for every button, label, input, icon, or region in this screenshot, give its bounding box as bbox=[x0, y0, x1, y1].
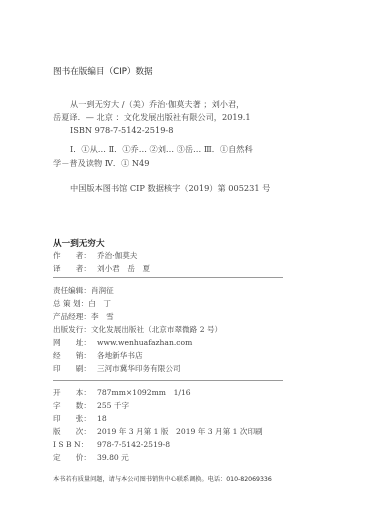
author-row: 作 者：乔治·伽莫夫 bbox=[53, 250, 137, 261]
credit-label: 总 策 划： bbox=[53, 299, 88, 308]
spec-label: 定 价： bbox=[53, 452, 97, 463]
credit-value: 白 丁 bbox=[88, 299, 111, 308]
credit-value: 肖润征 bbox=[91, 286, 114, 295]
credit-label: 网 址： bbox=[53, 337, 97, 348]
credit-label: 产品经理： bbox=[53, 312, 91, 321]
spec-value: 255 千字 bbox=[97, 401, 129, 410]
credit-label: 经 销： bbox=[53, 350, 97, 361]
spec-value: 787mm×1092mm 1/16 bbox=[97, 388, 191, 397]
credit-label: 责任编辑： bbox=[53, 286, 91, 295]
spec-row: 字 数：255 千字 bbox=[53, 400, 129, 411]
credit-row: 产品经理：李 雪 bbox=[53, 311, 114, 322]
credit-label: 印 刷： bbox=[53, 363, 97, 374]
spec-label: 版 次： bbox=[53, 426, 97, 437]
spec-value: 2019 年 3 月第 1 版 2019 年 3 月第 1 次印刷 bbox=[97, 427, 263, 436]
credit-row: 网 址：www.wenhuafazhan.com bbox=[53, 337, 192, 348]
divider-top bbox=[53, 277, 283, 278]
cip-isbn: ISBN 978-7-5142-2519-8 bbox=[70, 125, 173, 135]
spec-row: 定 价：39.80 元 bbox=[53, 452, 129, 463]
credit-value: 李 雪 bbox=[91, 312, 114, 321]
spec-label: 印 张： bbox=[53, 413, 97, 424]
credit-value: www.wenhuafazhan.com bbox=[97, 338, 192, 347]
credit-row: 责任编辑：肖润征 bbox=[53, 285, 114, 296]
spec-value: 978-7-5142-2519-8 bbox=[97, 440, 170, 449]
cip-line-2: 岳夏译．— 北京 ：文化发展出版社有限公司，2019.1 bbox=[53, 112, 251, 123]
quality-notice-footer: 本书若有质量问题，请与本公司图书销售中心联系调换。电话：010-82069336 bbox=[53, 474, 272, 483]
credit-value: 文化发展出版社（北京市翠微路 2 号） bbox=[91, 325, 222, 334]
book-title: 从一到无穷大 bbox=[53, 237, 105, 249]
credit-value: 三河市冀华印务有限公司 bbox=[97, 364, 181, 373]
translator-row: 译 者：刘小君 岳 夏 bbox=[53, 263, 150, 274]
credit-value: 各地新华书店 bbox=[97, 351, 143, 360]
translator-value: 刘小君 岳 夏 bbox=[97, 264, 150, 273]
spec-label: 字 数： bbox=[53, 400, 97, 411]
spec-row: 开 本：787mm×1092mm 1/16 bbox=[53, 387, 191, 398]
spec-row: I S B N：978-7-5142-2519-8 bbox=[53, 439, 170, 450]
spec-value: 39.80 元 bbox=[97, 453, 129, 462]
author-label: 作 者： bbox=[53, 250, 97, 261]
credit-row: 出版发行：文化发展出版社（北京市翠微路 2 号） bbox=[53, 324, 222, 335]
credit-row: 总 策 划：白 丁 bbox=[53, 298, 111, 309]
credit-label: 出版发行： bbox=[53, 325, 91, 334]
credit-row: 印 刷：三河市冀华印务有限公司 bbox=[53, 363, 181, 374]
author-value: 乔治·伽莫夫 bbox=[97, 251, 137, 260]
spec-label: I S B N： bbox=[53, 439, 97, 450]
translator-label: 译 者： bbox=[53, 263, 97, 274]
spec-value: 18 bbox=[97, 414, 107, 423]
credit-row: 经 销：各地新华书店 bbox=[53, 350, 143, 361]
spec-label: 开 本： bbox=[53, 387, 97, 398]
cip-line-1: 从一到无穷大 /（美）乔治·伽莫夫著 ；刘小君， bbox=[70, 99, 244, 110]
spec-row: 版 次：2019 年 3 月第 1 版 2019 年 3 月第 1 次印刷 bbox=[53, 426, 263, 437]
cip-classification-1: Ⅰ．①从… Ⅱ．①乔… ②刘… ③岳… Ⅲ．①自然科 bbox=[70, 144, 253, 155]
divider-bottom bbox=[53, 380, 283, 381]
cip-classification-2: 学－普及读物 Ⅳ．① N49 bbox=[53, 158, 149, 169]
cip-heading: 图书在版编目（CIP）数据 bbox=[53, 65, 153, 77]
spec-row: 印 张：18 bbox=[53, 413, 107, 424]
cip-record-number: 中国版本图书馆 CIP 数据核字（2019）第 005231 号 bbox=[70, 183, 270, 194]
